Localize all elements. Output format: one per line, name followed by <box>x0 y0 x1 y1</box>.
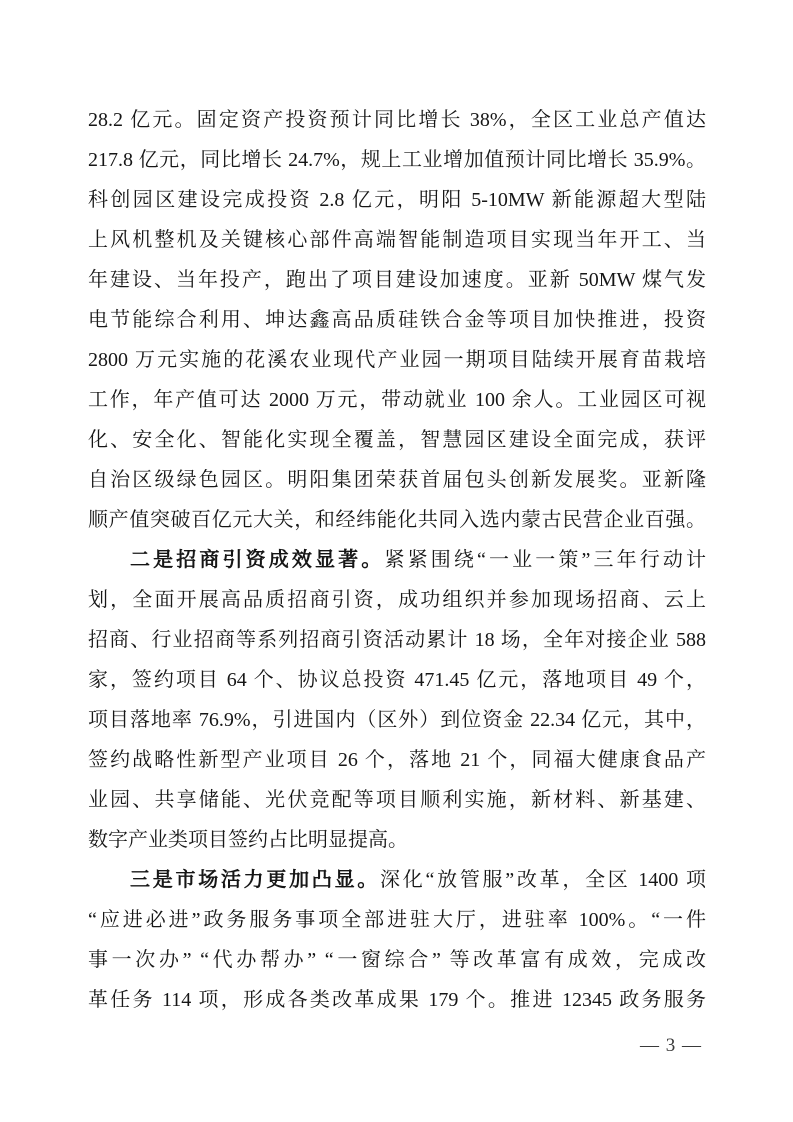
text-line: 事一次办” “代办帮办” “一窗综合” 等改革富有成效，完成改 <box>88 940 706 980</box>
page-number: — 3 — <box>88 1031 706 1061</box>
text-line: 二是招商引资成效显著。紧紧围绕“一业一策”三年行动计 <box>88 540 706 580</box>
text-line: 革任务 114 项，形成各类改革成果 179 个。推进 12345 政务服务 <box>88 980 706 1020</box>
section-heading-text: 二是招商引资成效显著。 <box>130 549 384 571</box>
text-line: 上风机整机及关键核心部件高端智能制造项目实现当年开工、当 <box>88 220 706 260</box>
body-text: 28.2 亿元。固定资产投资预计同比增长 38%，全区工业总产值达 <box>88 109 706 131</box>
section-heading-text: 三是市场活力更加凸显。 <box>130 869 380 891</box>
text-line: 顺产值突破百亿元大关，和经纬能化共同入选内蒙古民营企业百强。 <box>88 500 706 540</box>
text-line: 划，全面开展高品质招商引资，成功组织并参加现场招商、云上 <box>88 580 706 620</box>
text-line: 工作，年产值可达 2000 万元，带动就业 100 余人。工业园区可视 <box>88 380 706 420</box>
body-text: 划，全面开展高品质招商引资，成功组织并参加现场招商、云上 <box>88 589 706 611</box>
text-line: 三是市场活力更加凸显。深化“放管服”改革，全区 1400 项 <box>88 860 706 900</box>
body-text: 电节能综合利用、坤达鑫高品质硅铁合金等项目加快推进，投资 <box>88 309 706 331</box>
body-text: 217.8 亿元，同比增长 24.7%，规上工业增加值预计同比增长 35.9%。 <box>88 149 706 171</box>
text-line: 业园、共享储能、光伏竞配等项目顺利实施，新材料、新基建、 <box>88 780 706 820</box>
text-line: 科创园区建设完成投资 2.8 亿元，明阳 5-10MW 新能源超大型陆 <box>88 180 706 220</box>
body-text: 数字产业类项目签约占比明显提高。 <box>88 829 408 851</box>
body-text: 事一次办” “代办帮办” “一窗综合” 等改革富有成效，完成改 <box>88 949 706 971</box>
body-text: 上风机整机及关键核心部件高端智能制造项目实现当年开工、当 <box>88 229 706 251</box>
body-text: “应进必进”政务服务事项全部进驻大厅，进驻率 100%。“一件 <box>88 909 706 931</box>
text-line: 年建设、当年投产，跑出了项目建设加速度。亚新 50MW 煤气发 <box>88 260 706 300</box>
body-text: 自治区级绿色园区。明阳集团荣获首届包头创新发展奖。亚新隆 <box>88 469 706 491</box>
body-text: 年建设、当年投产，跑出了项目建设加速度。亚新 50MW 煤气发 <box>88 269 706 291</box>
body-text: 项目落地率 76.9%，引进国内（区外）到位资金 22.34 亿元，其中， <box>88 709 706 731</box>
body-text: 业园、共享储能、光伏竞配等项目顺利实施，新材料、新基建、 <box>88 789 706 811</box>
text-line: 签约战略性新型产业项目 26 个，落地 21 个，同福大健康食品产 <box>88 740 706 780</box>
text-line: 电节能综合利用、坤达鑫高品质硅铁合金等项目加快推进，投资 <box>88 300 706 340</box>
body-text: 紧紧围绕“一业一策”三年行动计 <box>384 549 706 571</box>
body-text: 家，签约项目 64 个、协议总投资 471.45 亿元，落地项目 49 个， <box>88 669 706 691</box>
document-page: 28.2 亿元。固定资产投资预计同比增长 38%，全区工业总产值达217.8 亿… <box>0 0 793 1122</box>
text-line: 自治区级绿色园区。明阳集团荣获首届包头创新发展奖。亚新隆 <box>88 460 706 500</box>
text-line: 化、安全化、智能化实现全覆盖，智慧园区建设全面完成，获评 <box>88 420 706 460</box>
text-line: “应进必进”政务服务事项全部进驻大厅，进驻率 100%。“一件 <box>88 900 706 940</box>
text-line: 招商、行业招商等系列招商引资活动累计 18 场，全年对接企业 588 <box>88 620 706 660</box>
body-text: 工作，年产值可达 2000 万元，带动就业 100 余人。工业园区可视 <box>88 389 706 411</box>
body-text: 2800 万元实施的花溪农业现代产业园一期项目陆续开展育苗栽培 <box>88 349 706 371</box>
text-line: 2800 万元实施的花溪农业现代产业园一期项目陆续开展育苗栽培 <box>88 340 706 380</box>
document-content: 28.2 亿元。固定资产投资预计同比增长 38%，全区工业总产值达217.8 亿… <box>88 100 706 1020</box>
body-text: 深化“放管服”改革，全区 1400 项 <box>380 869 706 891</box>
body-text: 签约战略性新型产业项目 26 个，落地 21 个，同福大健康食品产 <box>88 749 706 771</box>
text-line: 217.8 亿元，同比增长 24.7%，规上工业增加值预计同比增长 35.9%。 <box>88 140 706 180</box>
text-line: 28.2 亿元。固定资产投资预计同比增长 38%，全区工业总产值达 <box>88 100 706 140</box>
body-text: 革任务 114 项，形成各类改革成果 179 个。推进 12345 政务服务 <box>88 989 706 1011</box>
body-text: 科创园区建设完成投资 2.8 亿元，明阳 5-10MW 新能源超大型陆 <box>88 189 706 211</box>
text-line: 家，签约项目 64 个、协议总投资 471.45 亿元，落地项目 49 个， <box>88 660 706 700</box>
text-line: 数字产业类项目签约占比明显提高。 <box>88 820 706 860</box>
body-text: 招商、行业招商等系列招商引资活动累计 18 场，全年对接企业 588 <box>88 629 706 651</box>
body-text: 顺产值突破百亿元大关，和经纬能化共同入选内蒙古民营企业百强。 <box>88 509 706 531</box>
body-text: 化、安全化、智能化实现全覆盖，智慧园区建设全面完成，获评 <box>88 429 706 451</box>
text-line: 项目落地率 76.9%，引进国内（区外）到位资金 22.34 亿元，其中， <box>88 700 706 740</box>
